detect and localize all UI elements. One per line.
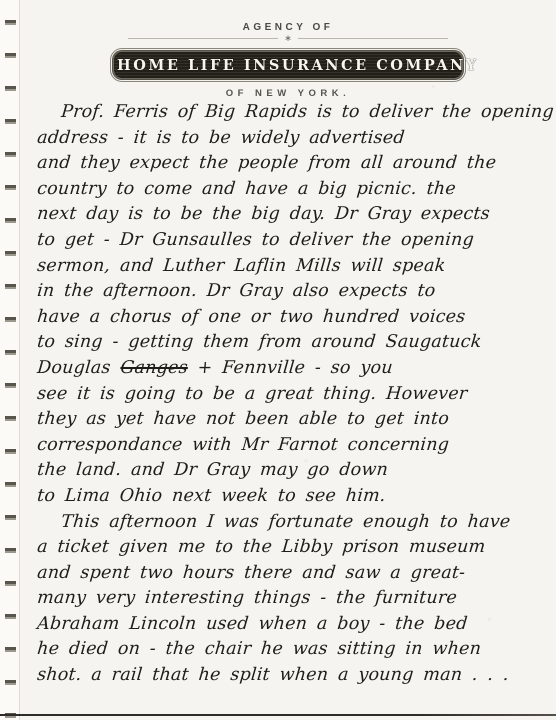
handwritten-line: shot. a rail that he split when a young … (36, 663, 548, 689)
handwritten-line: and they expect the people from all arou… (36, 151, 548, 177)
line-text: + Fennville - so you (187, 358, 394, 378)
handwritten-line: have a chorus of one or two hundred voic… (36, 305, 548, 331)
handwritten-line: many very interesting things - the furni… (36, 586, 548, 612)
handwritten-line: in the afternoon. Dr Gray also expects t… (36, 279, 548, 305)
page-bottom-edge (0, 714, 556, 716)
line-text: and spent two hours there and saw a grea… (36, 563, 466, 583)
line-text: correspondance with Mr Farnot concerning (36, 435, 450, 455)
line-text: Abraham Lincoln used when a boy - the be… (36, 614, 468, 634)
handwritten-line: to get - Dr Gunsaulles to deliver the op… (36, 228, 548, 254)
line-text: Douglas (36, 358, 121, 378)
handwritten-line: a ticket given me to the Libby prison mu… (36, 535, 548, 561)
line-text: a ticket given me to the Libby prison mu… (36, 537, 486, 557)
line-text: sermon, and Luther Laflin Mills will spe… (36, 256, 446, 276)
line-text: next day is to be the big day. Dr Gray e… (36, 204, 490, 224)
company-name-banner: HOME LIFE INSURANCE COMPANY (113, 51, 463, 79)
handwritten-line: they as yet have not been able to get in… (36, 407, 548, 433)
flourish-rule-right (298, 38, 448, 39)
handwritten-line: he died on - the chair he was sitting in… (36, 637, 548, 663)
handwritten-line: to sing - getting them from around Sauga… (36, 330, 548, 356)
line-text: have a chorus of one or two hundred voic… (36, 307, 466, 327)
line-text: This afternoon I was fortunate enough to… (60, 512, 511, 532)
handwritten-line: sermon, and Luther Laflin Mills will spe… (36, 254, 548, 280)
line-text: Prof. Ferris of Big Rapids is to deliver… (60, 102, 554, 122)
line-text: shot. a rail that he split when a young … (36, 665, 509, 685)
letterhead: AGENCY OF ∗ HOME LIFE INSURANCE COMPANY … (30, 22, 546, 99)
handwritten-line: see it is going to be a great thing. How… (36, 382, 548, 408)
line-text: in the afternoon. Dr Gray also expects t… (36, 281, 436, 301)
of-new-york-line: OF NEW YORK. (30, 88, 546, 99)
handwritten-line: correspondance with Mr Farnot concerning (36, 433, 548, 459)
flourish-rule-left (128, 38, 278, 39)
handwritten-line: Douglas Ganges + Fennville - so you (36, 356, 548, 382)
line-text: to sing - getting them from around Sauga… (36, 332, 482, 352)
handwritten-line: to Lima Ohio next week to see him. (36, 484, 548, 510)
handwritten-line: country to come and have a big picnic. t… (36, 177, 548, 203)
handwritten-line: Abraham Lincoln used when a boy - the be… (36, 612, 548, 638)
line-text: many very interesting things - the furni… (36, 588, 458, 608)
line-text: the land. and Dr Gray may go down (36, 460, 389, 480)
letterhead-flourish: ∗ (30, 34, 546, 43)
handwritten-line: the land. and Dr Gray may go down (36, 458, 548, 484)
company-banner-frame: HOME LIFE INSURANCE COMPANY (110, 48, 466, 82)
struck-word: Ganges (120, 358, 189, 378)
line-text: address - it is to be widely advertised (36, 128, 405, 148)
line-text: to get - Dr Gunsaulles to deliver the op… (36, 230, 474, 250)
handwritten-line: This afternoon I was fortunate enough to… (36, 510, 548, 536)
line-text: see it is going to be a great thing. How… (36, 384, 468, 404)
flourish-icon: ∗ (284, 34, 292, 43)
binding-holes (5, 20, 16, 718)
line-text: they as yet have not been able to get in… (36, 409, 450, 429)
handwritten-line: next day is to be the big day. Dr Gray e… (36, 202, 548, 228)
line-text: country to come and have a big picnic. t… (36, 179, 456, 199)
line-text: and they expect the people from all arou… (36, 153, 497, 173)
scanned-letter-page: AGENCY OF ∗ HOME LIFE INSURANCE COMPANY … (0, 0, 556, 720)
letter-body: Prof. Ferris of Big Rapids is to deliver… (36, 100, 546, 689)
handwritten-line: address - it is to be widely advertised (36, 126, 548, 152)
line-text: he died on - the chair he was sitting in… (36, 639, 482, 659)
handwritten-line: Prof. Ferris of Big Rapids is to deliver… (36, 100, 548, 126)
agency-of-line: AGENCY OF (30, 22, 546, 33)
line-text: to Lima Ohio next week to see him. (36, 486, 386, 506)
handwritten-line: and spent two hours there and saw a grea… (36, 561, 548, 587)
